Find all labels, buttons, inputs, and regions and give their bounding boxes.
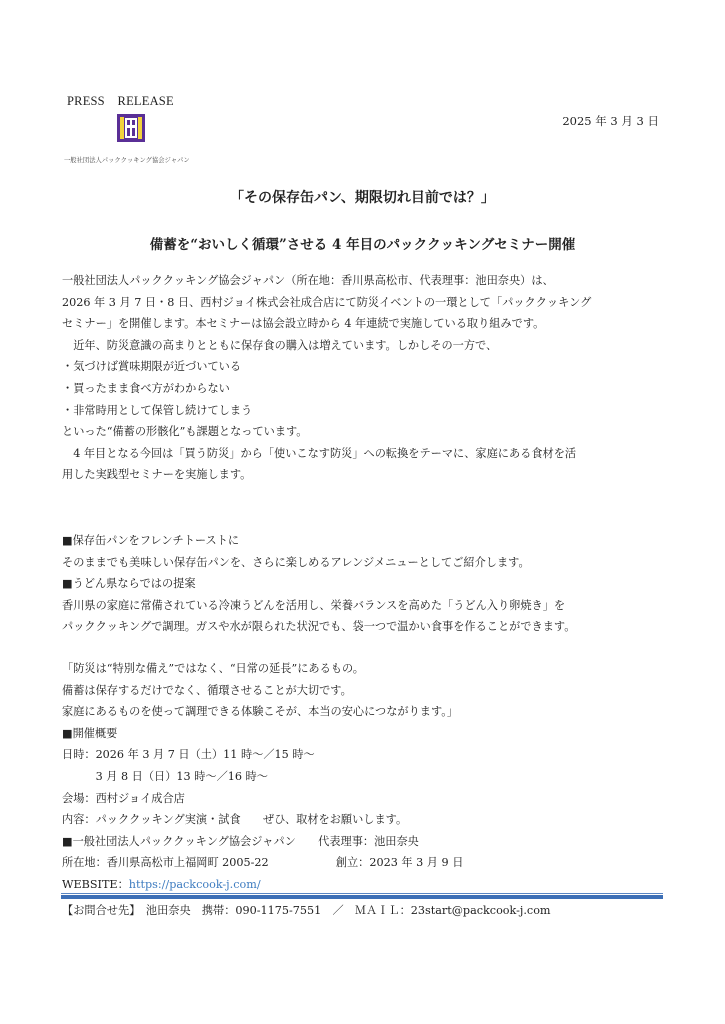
quote-line: 備蓄は保存するだけでなく、循環させることが大切です。	[62, 680, 667, 702]
event-datetime: 3 月 8 日（日）13 時～／16 時～	[62, 766, 667, 788]
intro-line: 近年、防災意識の高まりとともに保存食の購入は増えています。しかしその一方で、	[62, 335, 667, 357]
divider-thin	[61, 893, 663, 894]
intro-line: 用した実践型セミナーを実施します。	[62, 464, 667, 486]
website-label: WEBSITE：	[62, 878, 129, 891]
section-text: パッククッキングで調理。ガスや水が限られた状況でも、袋一つで温かい食事を作ること…	[62, 616, 667, 638]
event-datetime: 日時：2026 年 3 月 7 日（土）11 時～／15 時～	[62, 744, 667, 766]
association-logo	[117, 114, 145, 142]
logo-caption: 一般社団法人パッククッキング協会ジャパン	[64, 155, 190, 164]
intro-line: 4 年目となる今回は「買う防災」から「使いこなす防災」への転換をテーマに、家庭に…	[62, 443, 667, 465]
bullet-item: ・買ったまま食べ方がわからない	[62, 378, 667, 400]
release-date: 2025 年 3 月 3 日	[562, 113, 659, 129]
intro-line: といった“備蓄の形骸化”も課題となっています。	[62, 421, 667, 443]
divider-rule	[61, 895, 663, 899]
main-title: 「その保存缶パン、期限切れ目前では？」	[0, 187, 725, 207]
bullet-item: ・非常時用として保管し続けてしまう	[62, 400, 667, 422]
intro-paragraph: 一般社団法人パッククッキング協会ジャパン（所在地：香川県高松市、代表理事：池田奈…	[62, 270, 667, 486]
section-text: 香川県の家庭に常備されている冷凍うどんを活用し、栄養バランスを高めた「うどん入り…	[62, 595, 667, 617]
bullet-item: ・気づけば賞味期限が近づいている	[62, 356, 667, 378]
section-heading: ■うどん県ならではの提案	[62, 573, 667, 595]
intro-line: セミナー」を開催します。本セミナーは協会設立時から 4 年連続で実施している取り…	[62, 313, 667, 335]
intro-line: 一般社団法人パッククッキング協会ジャパン（所在地：香川県高松市、代表理事：池田奈…	[62, 270, 667, 292]
website-link[interactable]: https://packcook-j.com/	[129, 878, 261, 891]
event-heading: ■開催概要	[62, 723, 667, 745]
intro-line: 2026 年 3 月 7 日・8 日、西村ジョイ株式会社成合店にて防災イベントの…	[62, 292, 667, 314]
feature-sections: ■保存缶パンをフレンチトーストに そのままでも美味しい保存缶パンを、さらに楽しめ…	[62, 530, 667, 638]
quote-line: 家庭にあるものを使って調理できる体験こそが、本当の安心につながります。」	[62, 701, 667, 723]
quote-block: 「防災は“特別な備え”ではなく、“日常の延長”にあるもの。 備蓄は保存するだけで…	[62, 658, 667, 896]
press-release-label: PRESS RELEASE	[67, 91, 174, 109]
section-text: そのままでも美味しい保存缶パンを、さらに楽しめるアレンジメニューとしてご紹介しま…	[62, 552, 667, 574]
quote-line: 「防災は“特別な備え”ではなく、“日常の延長”にあるもの。	[62, 658, 667, 680]
event-venue: 会場：西村ジョイ成合店	[62, 788, 667, 810]
logo-mark-icon	[117, 114, 145, 142]
org-address: 所在地：香川県高松市上福岡町 2005-22 創立：2023 年 3 月 9 日	[62, 852, 667, 874]
org-name: ■一般社団法人パッククッキング協会ジャパン 代表理事：池田奈央	[62, 831, 667, 853]
contact-info: 【お問合せ先】 池田奈央 携帯：090-1175-7551 ／ ＭＡＩＬ：23s…	[62, 902, 551, 918]
event-content: 内容：パッククッキング実演・試食 ぜひ、取材をお願いします。	[62, 809, 667, 831]
sub-title: 備蓄を“おいしく循環”させる 4 年目のパッククッキングセミナー開催	[0, 233, 725, 253]
section-heading: ■保存缶パンをフレンチトーストに	[62, 530, 667, 552]
